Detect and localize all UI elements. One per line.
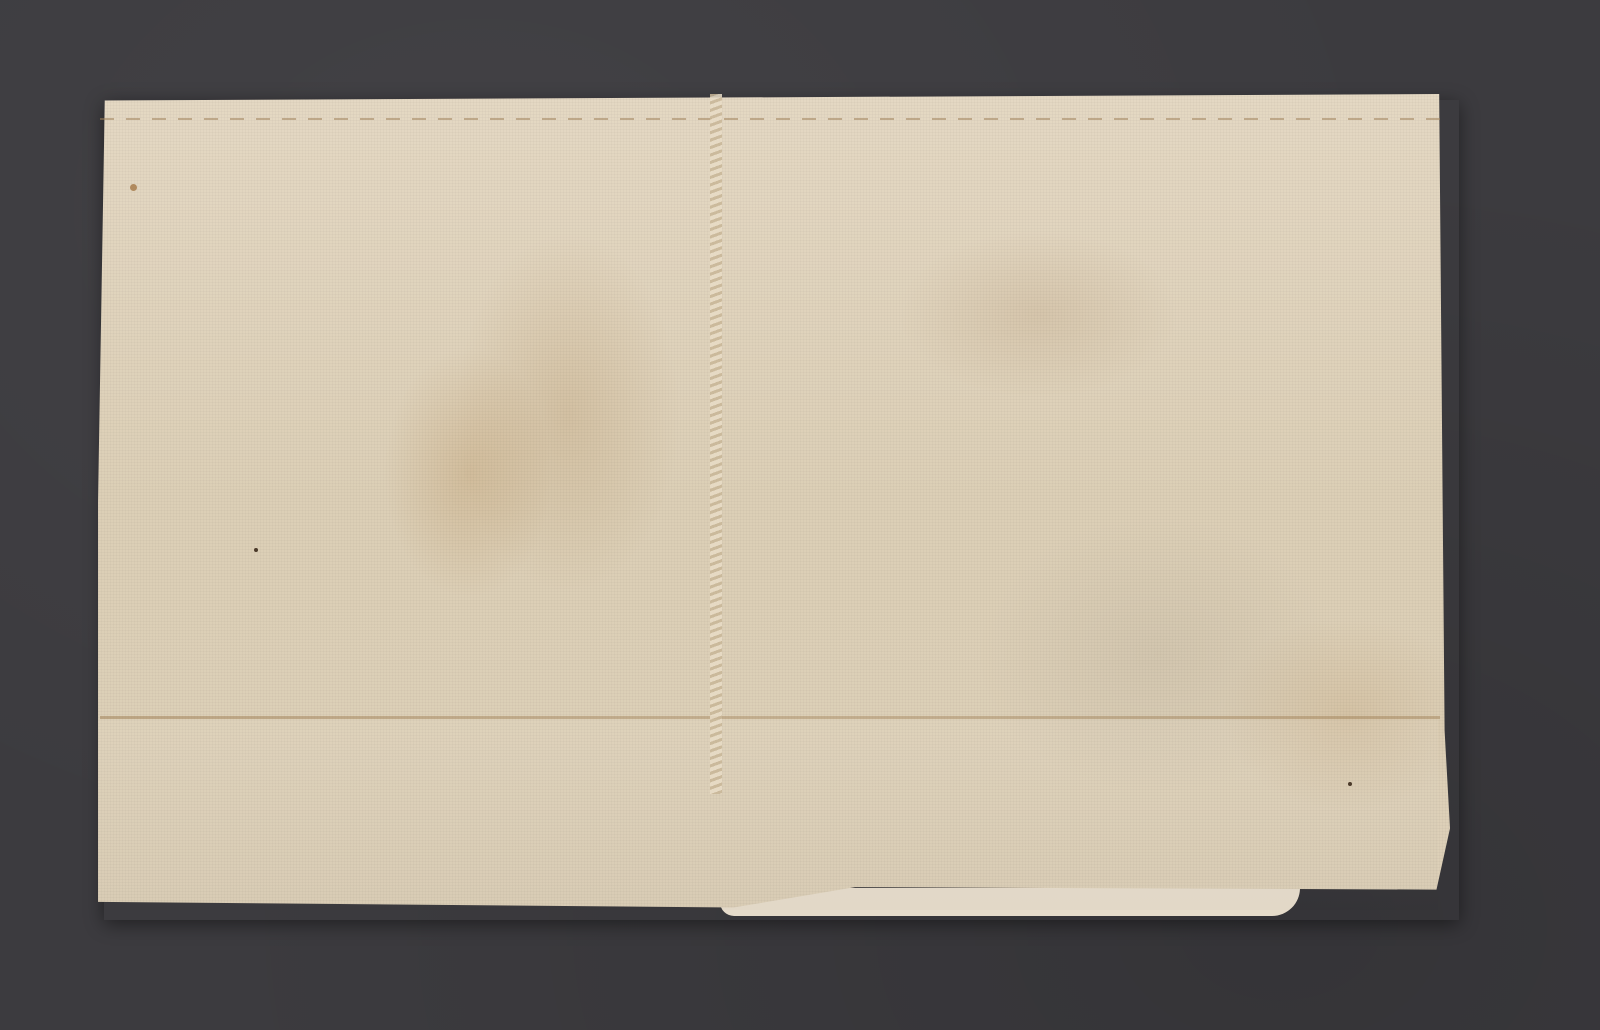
fold-crease-line — [100, 716, 1440, 719]
stain-spot — [254, 548, 258, 552]
stain-spot — [1348, 782, 1352, 786]
top-hem-stitching — [100, 118, 1440, 120]
armband-lower-fold — [98, 720, 1438, 910]
center-seam — [710, 94, 722, 794]
stain-spot — [130, 184, 137, 191]
